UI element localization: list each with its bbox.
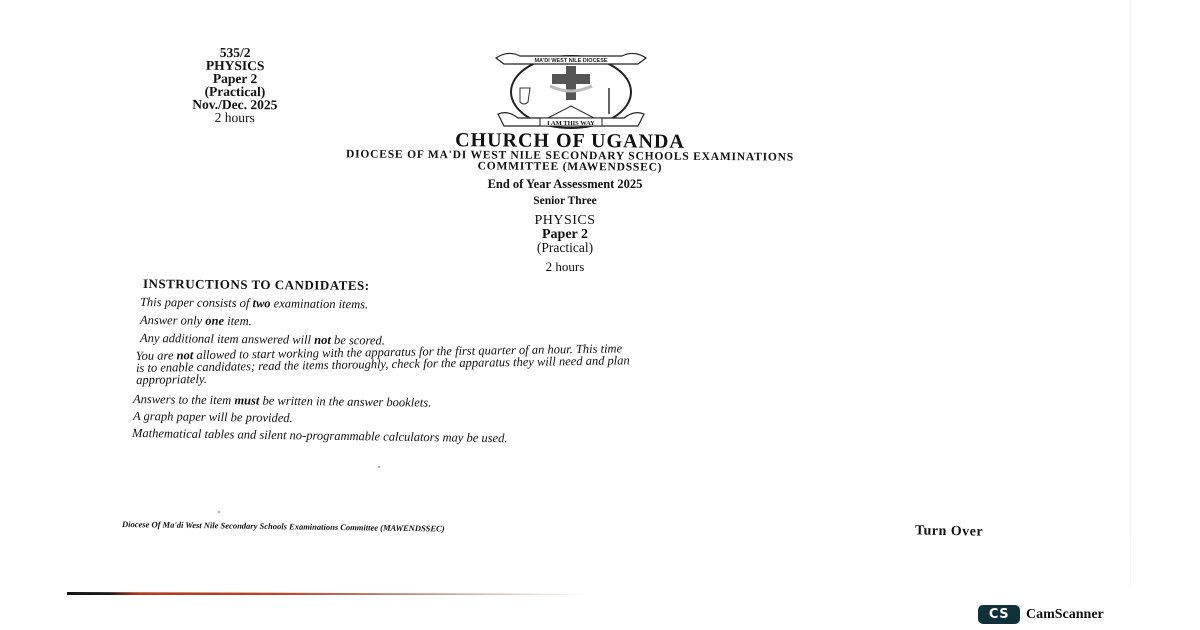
logo-motto-text: I AM THIS WAY — [547, 120, 595, 127]
church-crest-icon: MA'DI WEST NILE DIOCESE I AM THIS WAY — [488, 48, 654, 130]
paper-duration: 2 hours — [150, 110, 320, 124]
scanned-exam-cover-page: 535/2 PHYSICS Paper 2 (Practical) Nov./D… — [0, 0, 1200, 630]
instruction-item: A graph paper will be provided. — [133, 409, 293, 426]
paper-type-title: (Practical) — [400, 240, 730, 256]
instructions-heading: INSTRUCTIONS TO CANDIDATES: — [143, 276, 370, 294]
instruction-item: This paper consists of two examination i… — [140, 295, 368, 312]
class-level: Senior Three — [400, 195, 730, 207]
scan-speck — [218, 511, 220, 513]
scan-edge — [1130, 0, 1131, 590]
camscanner-logo-icon: CS — [978, 605, 1020, 624]
camscanner-watermark: CS CamScanner — [978, 605, 1104, 624]
paper-info-block: 535/2 PHYSICS Paper 2 (Practical) Nov./D… — [150, 45, 321, 124]
instruction-item: Answer only one item. — [140, 313, 252, 329]
instruction-item: Answers to the item must be written in t… — [133, 392, 431, 411]
turn-over-label: Turn Over — [915, 523, 983, 540]
assessment-title: End of Year Assessment 2025 — [400, 177, 730, 192]
camscanner-label: CamScanner — [1026, 607, 1104, 623]
page-bottom-edge — [67, 592, 587, 595]
duration-title: 2 hours — [400, 259, 730, 275]
scan-speck — [378, 466, 380, 468]
instruction-item: Mathematical tables and silent no-progra… — [132, 426, 508, 446]
instruction-item: You are not allowed to start working wit… — [136, 342, 630, 386]
footer-organization: Diocese Of Ma'di West Nile Secondary Sch… — [122, 519, 445, 534]
logo-banner-text: MA'DI WEST NILE DIOCESE — [534, 58, 607, 64]
